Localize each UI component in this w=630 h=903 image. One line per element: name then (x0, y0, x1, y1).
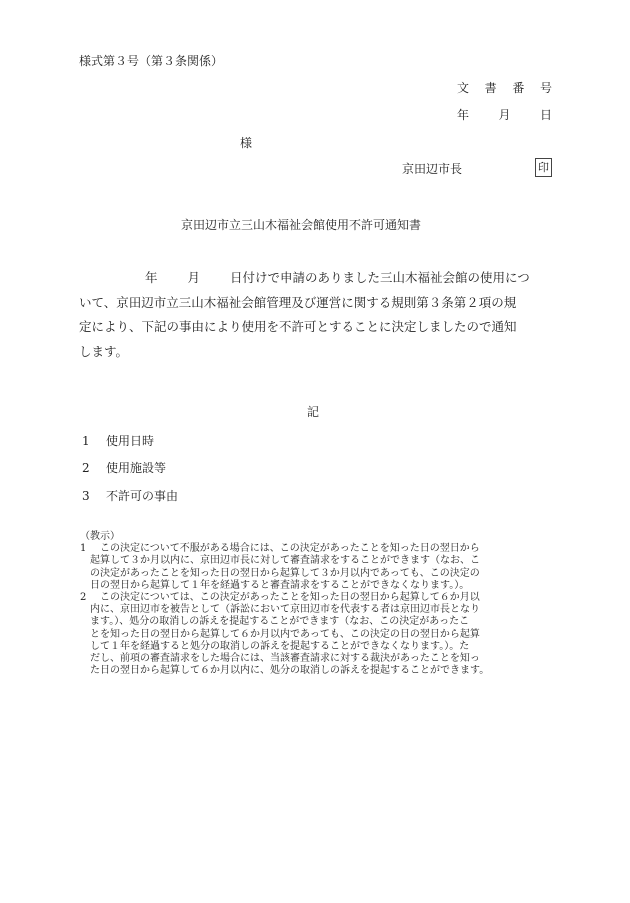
body-paragraph: 年月日付けで申請のありました三山木福祉会館の使用につ いて、京田辺市立三山木福祉… (79, 266, 559, 364)
body-line-2: いて、京田辺市立三山木福祉会館管理及び運営に関する規則第３条第２項の規 (79, 291, 559, 316)
date-year-label: 年 (457, 106, 469, 123)
notice-line: 内に、京田辺市を被告として（訴訟において京田辺市を代表する者は京田辺市長となり (80, 604, 600, 616)
ki-heading: 記 (307, 403, 319, 420)
form-label: 様式第３号（第３条関係） (79, 52, 223, 69)
notice-line: た日の翌日から起算して６か月以内に、処分の取消しの訴えを提起することができます。 (80, 665, 600, 677)
body-line-1: 年月日付けで申請のありました三山木福祉会館の使用につ (79, 266, 559, 291)
issuer-name: 京田辺市長 (402, 160, 462, 177)
body-line-3: 定により、下記の事由により使用を不許可とすることに決定しましたので通知 (79, 315, 559, 340)
doc-number-char: 書 (485, 79, 497, 96)
notice-number: 1 (80, 543, 100, 555)
notice-item-2: 2この決定については、この決定があったことを知った日の翌日から起算して６か月以 (80, 592, 600, 604)
doc-number-char: 号 (540, 79, 552, 96)
item-number: 1 (82, 434, 106, 448)
notice-line: ます。）、処分の取消しの訴えを提起することができます（なお、この決定があったこ (80, 616, 600, 628)
item-label: 使用施設等 (106, 461, 166, 475)
date-month-label: 月 (498, 106, 510, 123)
document-number: 文 書 番 号 (457, 79, 552, 96)
date-day-label: 日 (540, 106, 552, 123)
notice-section: （教示） 1この決定について不服がある場合には、この決定があったことを知った日の… (80, 531, 600, 677)
list-item: 3不許可の事由 (82, 487, 178, 504)
notice-line: だし、前項の審査請求をした場合には、当該審査請求に対する裁決があったことを知っ (80, 653, 600, 665)
body-year-label: 年 (145, 270, 158, 285)
addressee-suffix: 様 (240, 134, 252, 151)
body-month-label: 月 (188, 270, 201, 285)
issue-date: 年 月 日 (457, 106, 552, 123)
item-label: 使用日時 (106, 434, 154, 448)
doc-number-char: 番 (512, 79, 524, 96)
document-title: 京田辺市立三山木福祉会館使用不許可通知書 (181, 216, 421, 233)
item-number: 2 (82, 461, 106, 475)
list-item: 1使用日時 (82, 432, 154, 449)
notice-line: 日の翌日から起算して１年を経過すると審査請求をすることができなくなります。）。 (80, 580, 600, 592)
notice-line: して１年を経過すると処分の取消しの訴えを提起することができなくなります。）。た (80, 641, 600, 653)
notice-line: 起算して３か月以内に、京田辺市長に対して審査請求をすることができます（なお、こ (80, 555, 600, 567)
notice-line: とを知った日の翌日から起算して６か月以内であっても、この決定の日の翌日から起算 (80, 629, 600, 641)
notice-line: の決定があったことを知った日の翌日から起算して３か月以内であっても、この決定の (80, 568, 600, 580)
doc-number-char: 文 (457, 79, 469, 96)
list-item: 2使用施設等 (82, 459, 166, 476)
item-label: 不許可の事由 (106, 489, 178, 503)
notice-item-1: 1この決定について不服がある場合には、この決定があったことを知った日の翌日から (80, 543, 600, 555)
body-line-text: 日付けで申請のありました三山木福祉会館の使用につ (230, 270, 530, 285)
item-number: 3 (82, 489, 106, 503)
seal-mark: 印 (535, 158, 552, 177)
notice-number: 2 (80, 592, 100, 604)
body-line-4: します。 (79, 340, 559, 365)
notice-line: この決定について不服がある場合には、この決定があったことを知った日の翌日から (100, 543, 480, 554)
notice-heading: （教示） (80, 531, 600, 543)
notice-line: この決定については、この決定があったことを知った日の翌日から起算して６か月以 (100, 592, 480, 603)
